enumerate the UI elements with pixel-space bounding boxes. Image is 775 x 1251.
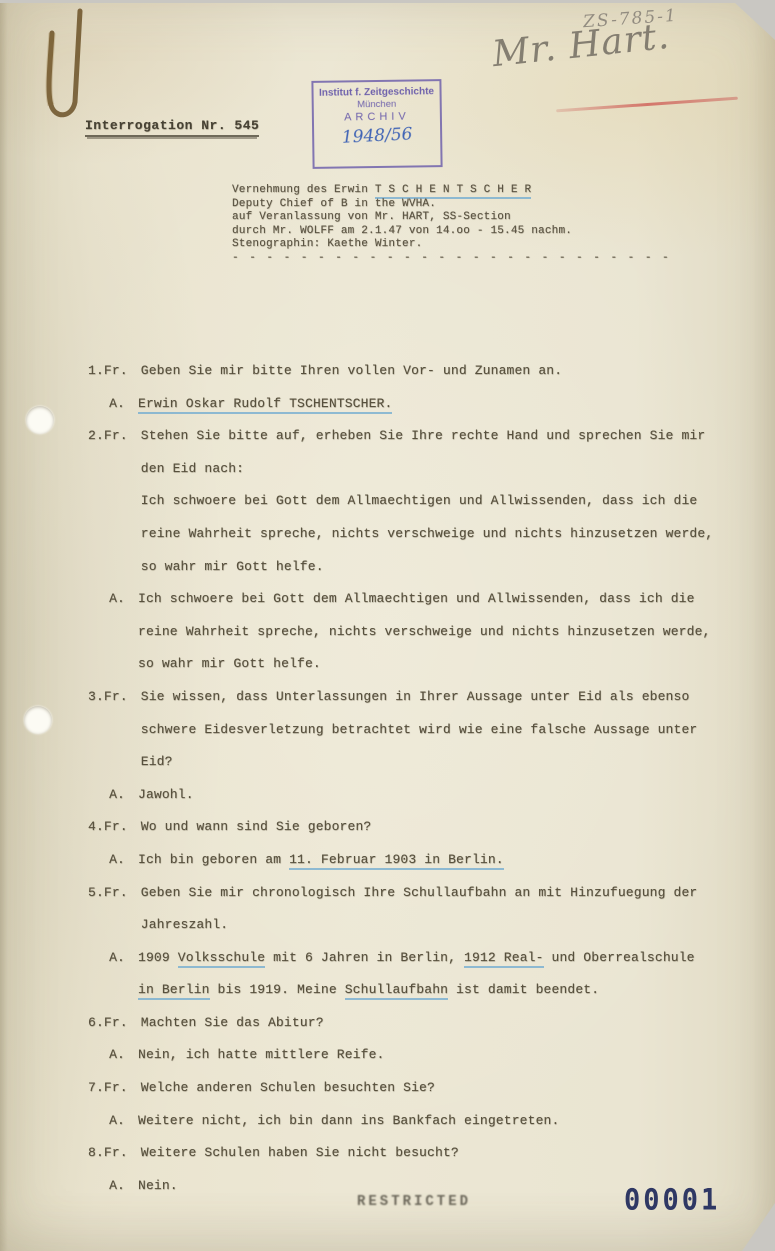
question-row: 1.Fr.Geben Sie mir bitte Ihren vollen Vo… [88,355,728,388]
qa-label: A. [88,583,125,616]
text-segment: Machten Sie das Abitur? [141,1015,324,1030]
text-segment: Ich schwoere bei Gott dem Allmaechtigen … [141,493,698,508]
text-segment: bis 1919. Meine [210,982,345,997]
text-line: den Eid nach: [141,453,714,486]
qa-text: 1909 Volksschule mit 6 Jahren in Berlin,… [138,942,695,1007]
qa-label: A. [88,388,125,421]
punch-hole-bottom [24,706,52,734]
qa-text: Weitere nicht, ich bin dann ins Bankfach… [138,1105,559,1138]
text-segment: reine Wahrheit spreche, nichts verschwei… [141,526,714,541]
qa-label: A. [88,942,125,975]
text-line: Wo und wann sind Sie geboren? [141,811,372,844]
text-line: Geben Sie mir bitte Ihren vollen Vor- un… [141,355,562,388]
text-line: in Berlin bis 1919. Meine Schullaufbahn … [138,974,695,1007]
qa-text: Welche anderen Schulen besuchten Sie? [141,1072,435,1105]
text-segment: durch Mr. WOLFF am 2.1.47 von 14.oo - 15… [232,225,572,237]
text-line: Sie wissen, dass Unterlassungen in Ihrer… [141,681,698,714]
text-segment: reine Wahrheit spreche, nichts verschwei… [138,624,711,639]
text-segment: und Oberrealschule [544,950,695,965]
answer-row: A.Ich bin geboren am 11. Februar 1903 in… [88,844,728,877]
qa-label: 6.Fr. [88,1007,128,1040]
text-line: Stehen Sie bitte auf, erheben Sie Ihre r… [141,420,714,453]
archive-stamp-number: 1948/56 [314,123,441,149]
document-page: Interrogation Nr. 545 Institut f. Zeitge… [0,3,775,1251]
qa-text: Ich schwoere bei Gott dem Allmaechtigen … [138,583,711,681]
interrogation-number: Interrogation Nr. 545 [85,118,259,137]
answer-row: A.Erwin Oskar Rudolf TSCHENTSCHER. [88,388,728,421]
archive-stamp-line3: ARCHIV [314,110,440,124]
text-segment: den Eid nach: [141,461,244,476]
text-line: Erwin Oskar Rudolf TSCHENTSCHER. [138,388,392,421]
question-row: 2.Fr.Stehen Sie bitte auf, erheben Sie I… [88,420,728,583]
answer-row: A.Weitere nicht, ich bin dann ins Bankfa… [88,1105,728,1138]
qa-label: A. [88,1039,125,1072]
underlined-text: 1912 Real- [464,950,544,968]
underlined-text: 11. Februar 1903 in Berlin. [289,852,504,870]
title-block: Vernehmung des Erwin T S C H E N T S C H… [232,184,670,266]
question-row: 5.Fr.Geben Sie mir chronologisch Ihre Sc… [88,877,728,942]
question-row: 3.Fr.Sie wissen, dass Unterlassungen in … [88,681,728,779]
text-line: Jahreszahl. [141,909,698,942]
text-line: Nein. [138,1170,178,1203]
text-segment: Stenographin: Kaethe Winter. [232,238,422,250]
text-line: Eid? [141,746,698,779]
text-segment: 1909 [138,950,178,965]
underlined-text: Volksschule [178,950,265,968]
text-segment: Jahreszahl. [141,917,228,932]
qa-label: 1.Fr. [88,355,128,388]
qa-text: Ich bin geboren am 11. Februar 1903 in B… [138,844,504,877]
qa-label: A. [88,779,125,812]
text-line: durch Mr. WOLFF am 2.1.47 von 14.oo - 15… [232,225,670,239]
qa-label: 5.Fr. [88,877,128,910]
text-segment: schwere Eidesverletzung betrachtet wird … [141,722,698,737]
text-segment: Deputy Chief of B in the WVHA. [232,198,436,210]
pencil-name-note: Mr. Hart. [490,16,671,75]
text-segment: Nein. [138,1178,178,1193]
qa-label: 4.Fr. [88,811,128,844]
answer-row: A.Nein, ich hatte mittlere Reife. [88,1039,728,1072]
archive-stamp: Institut f. Zeitgeschichte München ARCHI… [311,79,442,169]
text-segment: Jawohl. [138,787,194,802]
text-line: Stenographin: Kaethe Winter. [232,238,670,252]
qa-label: 2.Fr. [88,420,128,453]
text-line: 1909 Volksschule mit 6 Jahren in Berlin,… [138,942,695,975]
qa-text: Sie wissen, dass Unterlassungen in Ihrer… [141,681,698,779]
text-line: so wahr mir Gott helfe. [141,551,714,584]
underlined-text: Schullaufbahn [345,982,448,1000]
qa-label: A. [88,844,125,877]
text-line: Vernehmung des Erwin T S C H E N T S C H… [232,184,670,198]
text-line: schwere Eidesverletzung betrachtet wird … [141,714,698,747]
qa-label: 3.Fr. [88,681,128,714]
text-segment: so wahr mir Gott helfe. [141,559,324,574]
text-line: Jawohl. [138,779,194,812]
underlined-text: in Berlin [138,982,210,1000]
text-line: reine Wahrheit spreche, nichts verschwei… [138,616,711,649]
text-line: Ich bin geboren am 11. Februar 1903 in B… [138,844,504,877]
red-pencil-underline [556,97,738,113]
text-line: Weitere nicht, ich bin dann ins Bankfach… [138,1105,559,1138]
text-segment: Welche anderen Schulen besuchten Sie? [141,1080,435,1095]
archive-stamp-line1: Institut f. Zeitgeschichte [313,86,439,99]
text-segment: Vernehmung des Erwin [232,184,375,196]
question-row: 4.Fr.Wo und wann sind Sie geboren? [88,811,728,844]
qa-text: Nein, ich hatte mittlere Reife. [138,1039,385,1072]
punch-hole-top [26,406,54,434]
qa-label: 7.Fr. [88,1072,128,1105]
text-segment: Nein, ich hatte mittlere Reife. [138,1047,385,1062]
qa-label: 8.Fr. [88,1137,128,1170]
text-segment: ist damit beendet. [448,982,599,997]
text-segment: Geben Sie mir chronologisch Ihre Schulla… [141,885,698,900]
text-line: Welche anderen Schulen besuchten Sie? [141,1072,435,1105]
archive-stamp-line2: München [314,98,440,111]
page-number-stamp: 00001 [624,1184,720,1217]
underlined-text: Erwin Oskar Rudolf TSCHENTSCHER. [138,396,392,414]
text-segment: Weitere Schulen haben Sie nicht besucht? [141,1145,459,1160]
text-segment: Weitere nicht, ich bin dann ins Bankfach… [138,1113,559,1128]
qa-text: Wo und wann sind Sie geboren? [141,811,372,844]
qa-text: Jawohl. [138,779,194,812]
text-segment: mit 6 Jahren in Berlin, [265,950,464,965]
question-row: 7.Fr.Welche anderen Schulen besuchten Si… [88,1072,728,1105]
restricted-stamp: RESTRICTED [357,1194,471,1211]
qa-list: 1.Fr.Geben Sie mir bitte Ihren vollen Vo… [88,355,728,1202]
answer-row: A.1909 Volksschule mit 6 Jahren in Berli… [88,942,728,1007]
qa-text: Weitere Schulen haben Sie nicht besucht? [141,1137,459,1170]
qa-label: A. [88,1105,125,1138]
text-segment: Ich bin geboren am [138,852,289,867]
qa-text: Geben Sie mir bitte Ihren vollen Vor- un… [141,355,562,388]
text-segment: Stehen Sie bitte auf, erheben Sie Ihre r… [141,428,706,443]
text-segment: Geben Sie mir bitte Ihren vollen Vor- un… [141,363,562,378]
text-segment: Wo und wann sind Sie geboren? [141,819,372,834]
text-line: Geben Sie mir chronologisch Ihre Schulla… [141,877,698,910]
qa-text: Nein. [138,1170,178,1203]
text-segment: Eid? [141,754,173,769]
text-segment: Ich schwoere bei Gott dem Allmaechtigen … [138,591,695,606]
text-line: Nein, ich hatte mittlere Reife. [138,1039,385,1072]
qa-label: A. [88,1170,125,1203]
qa-text: Geben Sie mir chronologisch Ihre Schulla… [141,877,698,942]
text-line: Deputy Chief of B in the WVHA. [232,198,670,212]
text-segment: Sie wissen, dass Unterlassungen in Ihrer… [141,689,690,704]
answer-row: A.Ich schwoere bei Gott dem Allmaechtige… [88,583,728,681]
qa-text: Machten Sie das Abitur? [141,1007,324,1040]
text-line: so wahr mir Gott helfe. [138,648,711,681]
text-line: Machten Sie das Abitur? [141,1007,324,1040]
qa-text: Erwin Oskar Rudolf TSCHENTSCHER. [138,388,392,421]
question-row: 8.Fr.Weitere Schulen haben Sie nicht bes… [88,1137,728,1170]
text-segment: so wahr mir Gott helfe. [138,656,321,671]
answer-row: A.Jawohl. [88,779,728,812]
text-line: Weitere Schulen haben Sie nicht besucht? [141,1137,459,1170]
text-line: reine Wahrheit spreche, nichts verschwei… [141,518,714,551]
question-row: 6.Fr.Machten Sie das Abitur? [88,1007,728,1040]
text-line: auf Veranlassung von Mr. HART, SS-Sectio… [232,211,670,225]
text-line: Ich schwoere bei Gott dem Allmaechtigen … [138,583,711,616]
paperclip-stain-icon [30,5,100,135]
title-lines: Vernehmung des Erwin T S C H E N T S C H… [232,184,670,252]
text-segment: auf Veranlassung von Mr. HART, SS-Sectio… [232,211,511,223]
qa-text: Stehen Sie bitte auf, erheben Sie Ihre r… [141,420,714,583]
text-line: Ich schwoere bei Gott dem Allmaechtigen … [141,485,714,518]
title-separator: - - - - - - - - - - - - - - - - - - - - … [232,252,670,266]
